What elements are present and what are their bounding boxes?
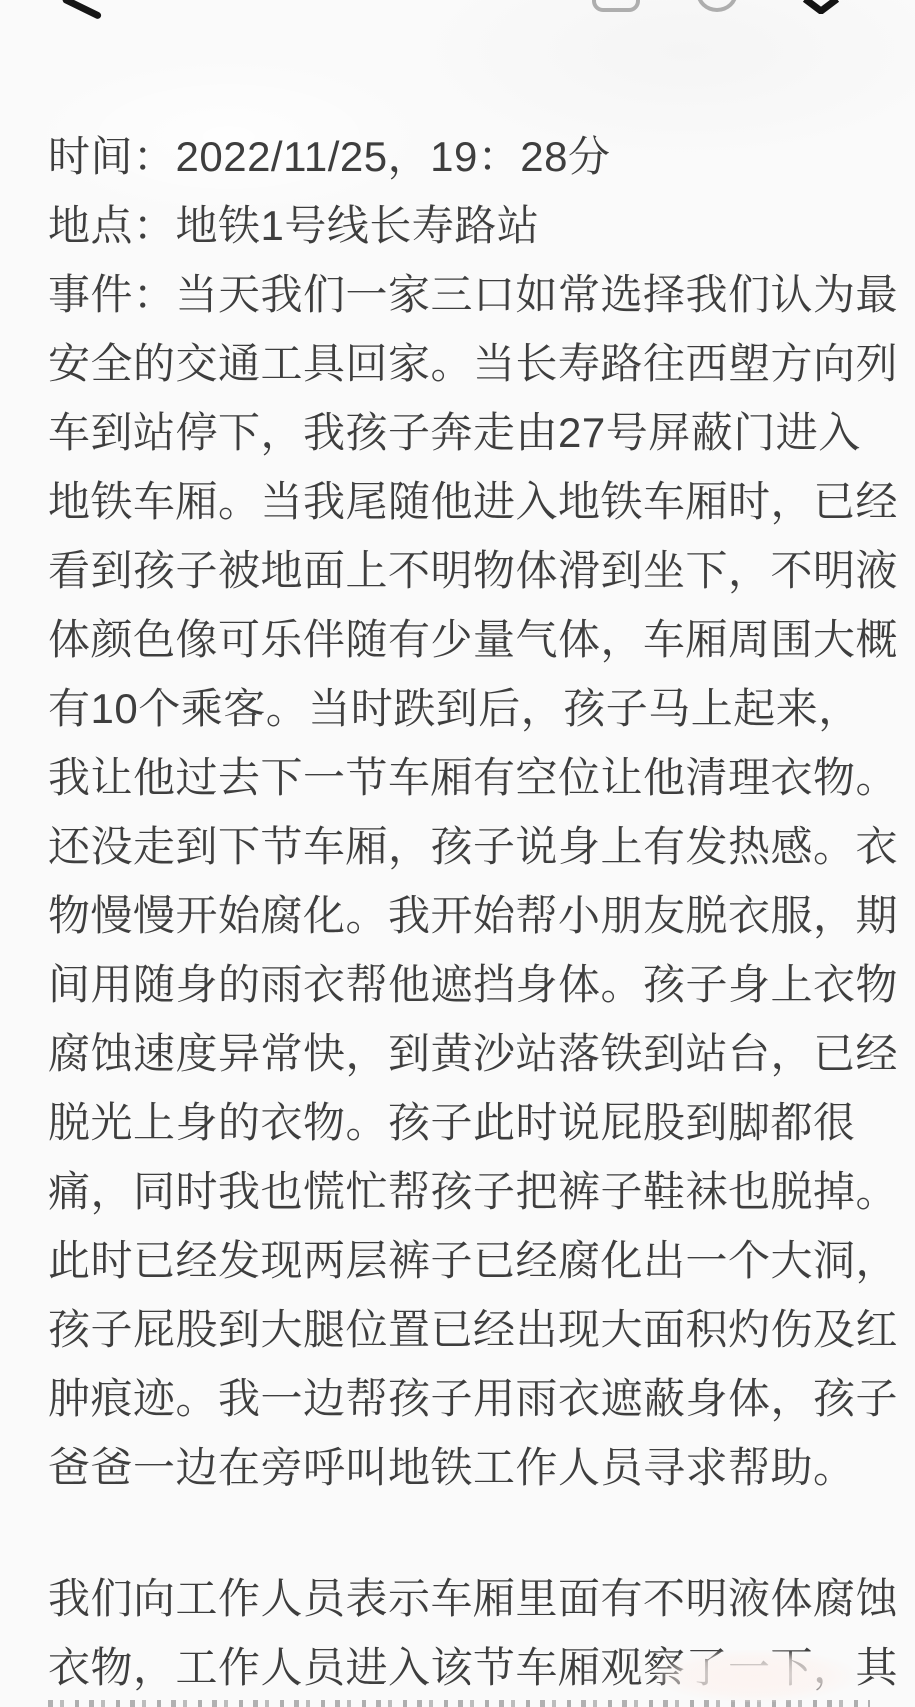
text-line: 肿痕迹。我一边帮孩子用雨衣遮蔽身体，孩子 [48, 1364, 870, 1433]
text-line: 痛，同时我也慌忙帮孩子把裤子鞋袜也脱掉。 [48, 1157, 870, 1226]
text-line: 爸爸一边在旁呼叫地铁工作人员寻求帮助。 [48, 1433, 870, 1502]
back-chevron-icon[interactable] [61, 0, 102, 20]
text-line-location: 地点：地铁1号线长寿路站 [48, 191, 870, 260]
text-line: 地铁车厢。当我尾随他进入地铁车厢时，已经 [48, 467, 870, 536]
text-line: 此时已经发现两层裤子已经腐化出一个大洞， [48, 1226, 870, 1295]
incident-report-text: 时间：2022/11/25，19：28分 地点：地铁1号线长寿路站 事件：当天我… [48, 0, 870, 1702]
text-line-time: 时间：2022/11/25，19：28分 [48, 122, 870, 191]
text-line: 脱光上身的衣物。孩子此时说屁股到脚都很 [48, 1088, 870, 1157]
text-line: 车到站停下，我孩子奔走由27号屏蔽门进入 [48, 398, 870, 467]
text-line: 安全的交通工具回家。当长寿路往西塱方向列 [48, 329, 870, 398]
text-line: 我们向工作人员表示车厢里面有不明液体腐蚀 [48, 1564, 870, 1633]
text-line: 腐蚀速度异常快，到黄沙站落铁到站台，已经 [48, 1019, 870, 1088]
circle-icon[interactable] [696, 0, 738, 12]
text-line: 还没走到下节车厢，孩子说身上有发热感。衣 [48, 812, 870, 881]
rounded-square-icon[interactable] [592, 0, 640, 12]
text-line: 物慢慢开始腐化。我开始帮小朋友脱衣服，期 [48, 881, 870, 950]
text-line: 间用随身的雨衣帮他遮挡身体。孩子身上衣物 [48, 950, 870, 1019]
top-navigation-bar [0, 0, 915, 18]
cut-off-text-sliver [48, 1700, 870, 1707]
text-line: 孩子屁股到大腿位置已经出现大面积灼伤及红 [48, 1295, 870, 1364]
text-line: 体颜色像可乐伴随有少量气体，车厢周围大概 [48, 605, 870, 674]
text-line: 我让他过去下一节车厢有空位让他清理衣物。 [48, 743, 870, 812]
text-line: 有10个乘客。当时跌到后，孩子马上起来， [48, 674, 870, 743]
chevron-down-icon[interactable] [801, 0, 841, 19]
text-line: 衣物，工作人员进入该节车厢观察了一下，其 [48, 1633, 870, 1702]
text-line-event: 事件：当天我们一家三口如常选择我们认为最 [48, 260, 870, 329]
text-line: 看到孩子被地面上不明物体滑到坐下，不明液 [48, 536, 870, 605]
